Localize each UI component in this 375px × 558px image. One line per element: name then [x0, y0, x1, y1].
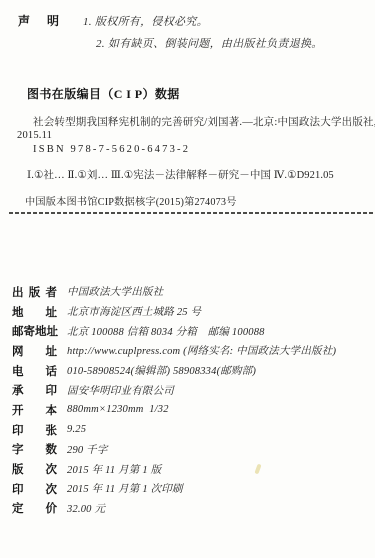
colophon-row: 定价 32.00 元	[12, 499, 375, 519]
declaration-label: 声明	[18, 12, 59, 29]
colophon-row-value: 32.00 元	[67, 501, 105, 516]
cip-entry-line: 社会转型期我国释宪机制的完善研究/刘国著.—北京:中国政法大学出版社,	[33, 114, 375, 129]
colophon-row-label: 印张	[12, 422, 57, 438]
colophon-row-label: 承印	[12, 382, 57, 398]
declaration-item: 2. 如有缺页、倒装问题，由出版社负责退换。	[96, 35, 323, 51]
dashed-divider	[9, 212, 375, 214]
colophon-row-value: 北京市海淀区西土城路 25 号	[67, 304, 201, 319]
colophon-row: 字数 290 千字	[12, 440, 375, 460]
colophon-table: 出版者 中国政法大学出版社 地址 北京市海淀区西土城路 25 号 邮寄地址 北京…	[12, 282, 375, 518]
colophon-row: 版次 2015 年 11 月第 1 版	[12, 459, 375, 479]
colophon-row-label: 出版者	[12, 284, 57, 300]
book-copyright-page: 声明 1. 版权所有，侵权必究。 2. 如有缺页、倒装问题，由出版社负责退换。 …	[0, 0, 375, 558]
colophon-row: 印次 2015 年 11 月第 1 次印刷	[12, 479, 375, 499]
colophon-row-value: http://www.cuplpress.com (网络实名: 中国政法大学出版…	[67, 343, 336, 358]
colophon-row-label: 定价	[12, 500, 57, 516]
colophon-row-label: 网址	[12, 343, 57, 359]
colophon-row-value: 中国政法大学出版社	[67, 284, 163, 299]
colophon-row-value: 北京 100088 信箱 8034 分箱 邮编 100088	[67, 324, 265, 339]
colophon-row-label: 开本	[12, 402, 57, 418]
declaration-item: 1. 版权所有，侵权必究。	[83, 13, 208, 29]
colophon-row: 电话 010-58908524(编辑部) 58908334(邮购部)	[12, 361, 375, 381]
colophon-row: 承印 固安华明印业有限公司	[12, 380, 375, 400]
colophon-row: 出版者 中国政法大学出版社	[12, 282, 375, 302]
colophon-row-label: 字数	[12, 441, 57, 457]
cip-entry-year: 2015.11	[17, 130, 52, 141]
colophon-row: 印张 9.25	[12, 420, 375, 440]
cip-classification-line: Ⅰ.①社… Ⅱ.①刘… Ⅲ.①宪法－法律解释－研究－中国 Ⅳ.①D921.05	[27, 167, 334, 182]
colophon-row-value: 固安华明印业有限公司	[67, 383, 174, 398]
colophon-row-value: 9.25	[67, 424, 86, 435]
colophon-row-value: 880mm×1230mm 1/32	[67, 404, 169, 415]
colophon-row-label: 地址	[12, 304, 57, 320]
isbn-line: ISBN 978-7-5620-6473-2	[33, 144, 190, 155]
colophon-row: 地址 北京市海淀区西土城路 25 号	[12, 302, 375, 322]
colophon-row: 开本 880mm×1230mm 1/32	[12, 400, 375, 420]
colophon-row-value: 010-58908524(编辑部) 58908334(邮购部)	[67, 363, 256, 378]
colophon-row-value: 2015 年 11 月第 1 次印刷	[67, 481, 183, 496]
colophon-row-label: 邮寄地址	[12, 323, 57, 339]
colophon-row-value: 2015 年 11 月第 1 版	[67, 462, 161, 477]
colophon-row: 网址 http://www.cuplpress.com (网络实名: 中国政法大…	[12, 341, 375, 361]
cip-header: 图书在版编目（C I P）数据	[27, 85, 180, 102]
colophon-row-label: 印次	[12, 481, 57, 497]
colophon-row-label: 电话	[12, 363, 57, 379]
colophon-row-label: 版次	[12, 461, 57, 477]
colophon-row-value: 290 千字	[67, 442, 108, 457]
colophon-row: 邮寄地址 北京 100088 信箱 8034 分箱 邮编 100088	[12, 321, 375, 341]
cip-record-number: 中国版本图书馆CIP数据核字(2015)第274073号	[25, 193, 237, 208]
